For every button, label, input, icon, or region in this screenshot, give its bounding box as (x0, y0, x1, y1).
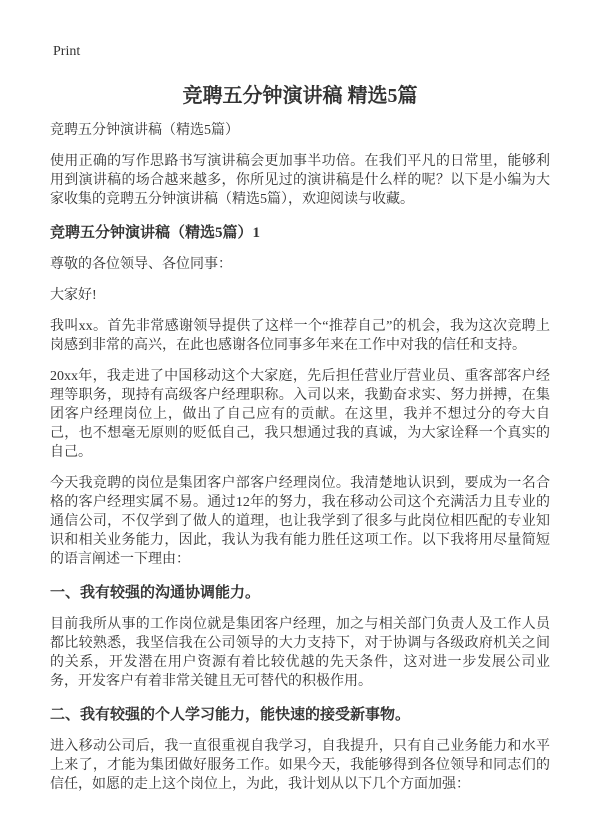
paragraph: 竞聘五分钟演讲稿（精选5篇） (50, 121, 550, 140)
section-heading: 一、我有较强的沟通协调能力。 (50, 583, 550, 603)
paragraph: 使用正确的写作思路书写演讲稿会更加事半功倍。在我们平凡的日常里，能够利用到演讲稿… (50, 152, 550, 209)
paragraph: 目前我所从事的工作岗位就是集团客户经理，加之与相关部门负责人及工作人员都比较熟悉… (50, 615, 550, 691)
section-heading: 二、我有较强的个人学习能力，能快速的接受新事物。 (50, 705, 550, 725)
article-body: 竞聘五分钟演讲稿（精选5篇）使用正确的写作思路书写演讲稿会更加事半功倍。在我们平… (50, 121, 550, 794)
paragraph: 20xx年，我走进了中国移动这个大家庭，先后担任营业厅营业员、重客部客户经理等职… (50, 367, 550, 462)
paragraph: 今天我竞聘的岗位是集团客户部客户经理岗位。我清楚地认识到，要成为一名合格的客户经… (50, 474, 550, 569)
print-link[interactable]: Print (53, 44, 80, 60)
document-content: Print 竞聘五分钟演讲稿 精选5篇 竞聘五分钟演讲稿（精选5篇）使用正确的写… (50, 0, 550, 794)
section-heading: 竞聘五分钟演讲稿（精选5篇）1 (50, 223, 550, 243)
paragraph: 我叫xx。首先非常感谢领导提供了这样一个“推荐自己”的机会，我为这次竞聘上岗感到… (50, 317, 550, 355)
paragraph: 大家好! (50, 286, 550, 305)
page-title: 竞聘五分钟演讲稿 精选5篇 (50, 84, 550, 109)
paragraph: 进入移动公司后，我一直很重视自我学习，自我提升，只有自己业务能力和水平上来了，才… (50, 737, 550, 794)
document-page: Print 竞聘五分钟演讲稿 精选5篇 竞聘五分钟演讲稿（精选5篇）使用正确的写… (0, 0, 600, 828)
paragraph: 尊敬的各位领导、各位同事： (50, 255, 550, 274)
